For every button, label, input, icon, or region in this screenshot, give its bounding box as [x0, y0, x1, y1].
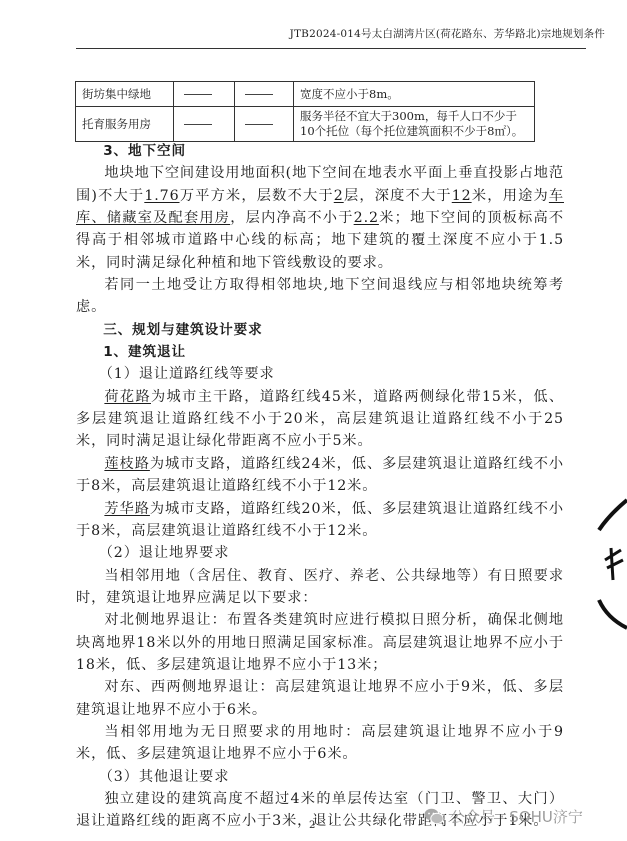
watermark-text: 公众号 · SOHU济宁: [450, 806, 583, 827]
table-cell-dash: [235, 82, 294, 107]
paragraph-boundary: 当相邻用地为无日照要求的用地时：高层建筑退让地界不应小于9米，低、多层建筑退让地…: [76, 721, 564, 766]
seal-stamp-fragment: [587, 490, 627, 640]
road-name: 莲枝路: [104, 456, 150, 472]
underlined-value-floors: 2: [334, 188, 344, 204]
item-heading-boundary-setback: （2）退让地界要求: [76, 542, 564, 564]
part-heading-planning: 三、规划与建筑设计要求: [76, 319, 564, 341]
underlined-value-depth: 12: [452, 188, 472, 204]
paragraph-road-lianzhi: 莲枝路为城市支路，道路红线24米，低、多层建筑退让道路红线不小于8米，高层建筑退…: [76, 453, 564, 498]
paragraph-road-hehua: 荷花路为城市主干路，道路红线45米，道路两侧绿化带15米，低、多层建筑退让道路红…: [76, 386, 564, 453]
dash-mark: [245, 94, 273, 95]
table-cell-note: 宽度不应小于8m。: [294, 82, 535, 107]
text-span: 米，用途为: [472, 188, 549, 204]
paragraph-road-fanghua: 芳华路为城市支路，道路红线20米，低、多层建筑退让道路红线不小于8米，高层建筑退…: [76, 498, 564, 543]
item-heading-road-setback: （1）退让道路红线等要求: [76, 363, 564, 385]
wechat-icon: [424, 808, 444, 825]
dash-mark: [245, 124, 273, 125]
paragraph-boundary: 对东、西两侧地界退让：高层建筑退让地界不应小于9米，低、多层建筑退让地界不应小于…: [76, 676, 564, 721]
road-name: 荷花路: [104, 389, 151, 405]
subheading-setback: 1、建筑退让: [76, 341, 564, 363]
text-span: ，层内净高不小于: [230, 210, 353, 226]
text-span: 层，深度不大于: [344, 188, 452, 204]
source-watermark: 公众号 · SOHU济宁: [424, 806, 583, 827]
table-cell-name: 街坊集中绿地: [76, 82, 174, 107]
section-heading-underground: 3、地下空间: [76, 140, 564, 162]
item-heading-other-setback: （3）其他退让要求: [76, 766, 564, 788]
document-header-title: JTB2024-014号太白湖湾片区(荷花路东、芳华路北)宗地规划条件: [290, 26, 605, 41]
paragraph-boundary: 对北侧地界退让：布置各类建筑时应进行模拟日照分析，确保北侧地块离地界18米以外的…: [76, 609, 564, 676]
underlined-value-area: 1.76: [144, 188, 179, 204]
table-cell-dash: [235, 107, 294, 142]
dash-mark: [184, 94, 212, 95]
text-span: 万平方米，层数不大于: [180, 188, 334, 204]
table-row: 托育服务用房 服务半径不宜大于300m，每千人口不少于10个托位（每个托位建筑面…: [76, 107, 535, 142]
table-cell-dash: [174, 107, 235, 142]
underlined-value-height: 2.2: [354, 210, 379, 226]
paragraph-underground-space: 地块地下空间建设用地面积(地下空间在地表水平面上垂直投影占地范围)不大于1.76…: [76, 162, 564, 274]
table-cell-dash: [174, 82, 235, 107]
text-span: 为城市支路，道路红线24米，低、多层建筑退让道路红线不小于8米，高层建筑退让道路…: [76, 456, 564, 494]
paragraph-adjacent-plots: 若同一土地受让方取得相邻地块,地下空间退线应与相邻地块统筹考虑。: [76, 274, 564, 319]
header-divider: [76, 48, 586, 49]
document-body: 3、地下空间 地块地下空间建设用地面积(地下空间在地表水平面上垂直投影占地范围)…: [76, 140, 564, 833]
road-name: 芳华路: [104, 501, 150, 517]
planning-table: 街坊集中绿地 宽度不应小于8m。 托育服务用房 服务半径不宜大于300m，每千人…: [75, 81, 535, 142]
table-cell-name: 托育服务用房: [76, 107, 174, 142]
table-row: 街坊集中绿地 宽度不应小于8m。: [76, 82, 535, 107]
table-cell-note: 服务半径不宜大于300m，每千人口不少于10个托位（每个托位建筑面积不少于8㎡）…: [294, 107, 535, 142]
page-number: 2: [309, 820, 315, 831]
dash-mark: [184, 124, 212, 125]
text-span: 为城市支路，道路红线20米，低、多层建筑退让道路红线不小于8米，高层建筑退让道路…: [76, 501, 564, 539]
paragraph-boundary: 当相邻用地（含居住、教育、医疗、养老、公共绿地等）有日照要求时，建筑退让地界应满…: [76, 565, 564, 610]
